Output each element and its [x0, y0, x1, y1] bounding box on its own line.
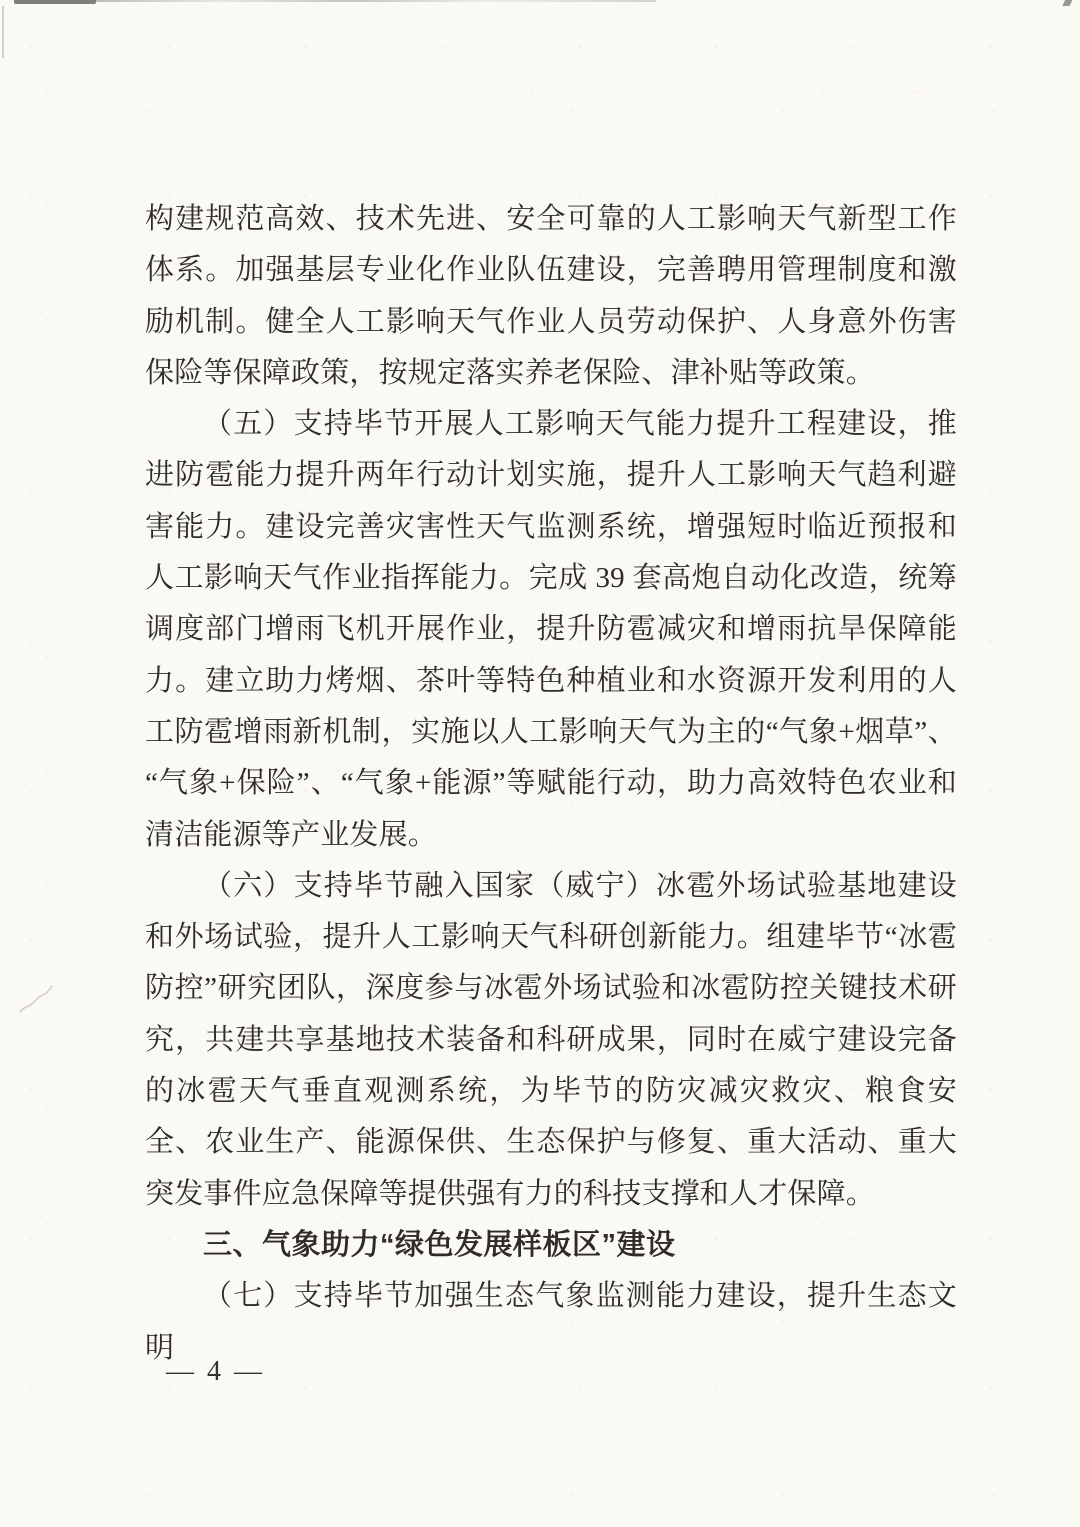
pen-mark-artifact — [16, 978, 62, 1020]
section-3-heading: 三、气象助力“绿色发展样板区”建设 — [145, 1220, 957, 1271]
item-7-paragraph: （七）支持毕节加强生态气象监测能力建设，提升生态文明 — [145, 1271, 957, 1374]
scan-artifact-left-edge-line — [2, 6, 4, 58]
item-5-paragraph: （五）支持毕节开展人工影响天气能力提升工程建设，推进防雹能力提升两年行动计划实施… — [145, 399, 957, 861]
scan-artifact-top-right-tick — [1052, 0, 1078, 6]
document-page: 构建规范高效、技术先进、安全可靠的人工影响天气新型工作体系。加强基层专业化作业队… — [0, 0, 1080, 1527]
scan-artifact-top-faint-line — [96, 0, 656, 2]
document-body: 构建规范高效、技术先进、安全可靠的人工影响天气新型工作体系。加强基层专业化作业队… — [145, 194, 957, 1374]
scan-artifact-top-dark-streak — [14, 0, 96, 4]
page-number: — 4 — — [166, 1356, 265, 1388]
continuation-paragraph: 构建规范高效、技术先进、安全可靠的人工影响天气新型工作体系。加强基层专业化作业队… — [145, 194, 957, 399]
item-6-paragraph: （六）支持毕节融入国家（威宁）冰雹外场试验基地建设和外场试验，提升人工影响天气科… — [145, 861, 957, 1220]
